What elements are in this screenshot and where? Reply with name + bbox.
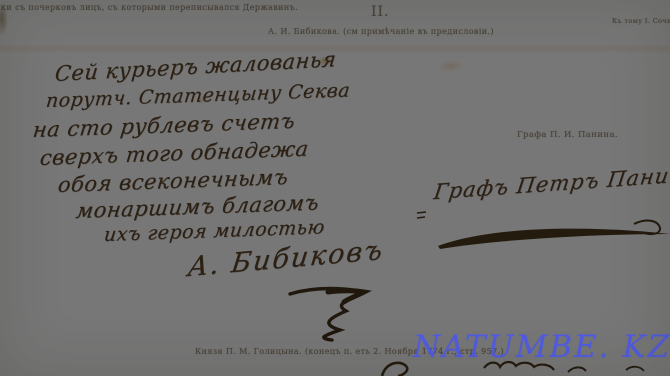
bibikov-flourish [288, 280, 383, 342]
header-right-caption: Къ тому I. Сочине [612, 17, 670, 25]
header-left-caption: ки съ почерковъ лицъ, съ которыми перепи… [1, 3, 298, 12]
manuscript-line: порутч. Статенцыну Секва [45, 79, 351, 112]
photographed-document-page: ки съ почерковъ лицъ, съ которыми перепи… [0, 0, 670, 376]
bibikov-caption: А. И. Бибикова. (см примѣчаніе въ предис… [268, 27, 494, 36]
ink-stain [438, 60, 464, 72]
small-ink-mark [416, 210, 428, 220]
panin-caption: Графа П. И. Панина. [517, 130, 618, 140]
panin-signature: Графъ Петръ Панинъ [432, 161, 670, 204]
panin-underline-flourish [436, 218, 670, 252]
watermark-text: NATUMBE. KZ [413, 329, 670, 365]
manuscript-line: на сто рублевъ счетъ [32, 109, 297, 142]
section-number: II. [371, 4, 390, 20]
manuscript-line: Сей курьеръ жалованья [54, 47, 337, 86]
